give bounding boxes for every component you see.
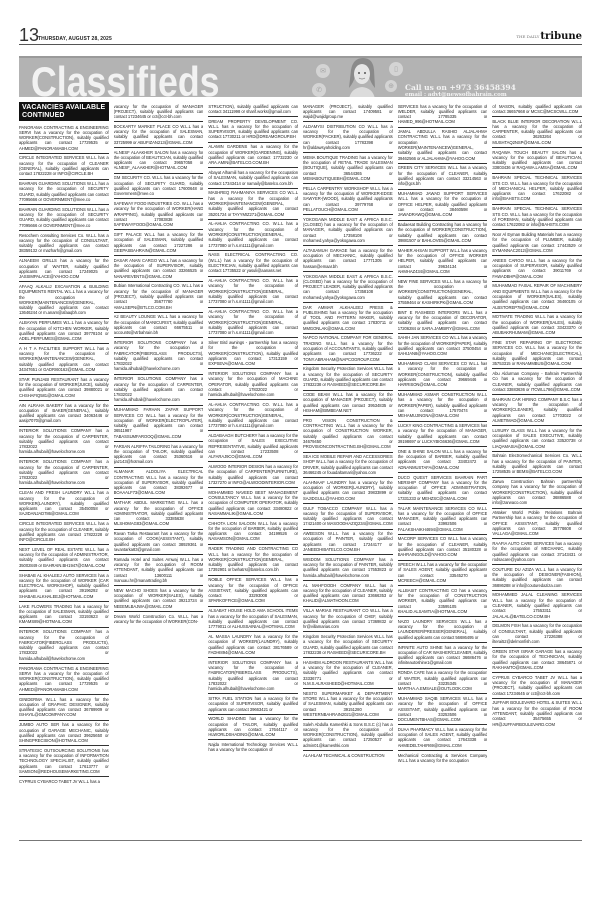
column-4: MANAGER (PROJECT), suitably qualified ap… [303,102,393,837]
classified-ad: Saleh Abdulla Kameshki & Sons B.S.C (c) … [303,720,393,751]
classified-ad: MUHAMMAD CLAIM SERVICES CO W.L.L has a v… [398,360,488,391]
classified-ad: NAPCO NATIONAL COMPANY FOR GENERAL TRADI… [303,334,393,365]
classifieds-banner: Classifieds ✉ ✆ ▯ ⊕ Call us on +973 3645… [19,56,582,97]
classified-ad: Kingdom Security Protection Services W.L… [303,365,393,391]
classified-ad: VILLA MARIAS RESTAURANT CO W.L.L has a v… [303,607,393,633]
classified-ad: MOTIVATE TRADING W.L.L has a vacancy for… [492,313,582,339]
column-3: STRUCTION), suitably qualified applicant… [208,102,298,837]
classified-ad: PANORAMA CONTRACTING & ENGINEERING SERVI… [19,664,109,695]
classified-ad: ALDAMYSI DISTRIBUTION CO W.L.L has a vac… [303,122,393,153]
classified-ad: GULF TOBACCO COMPANY W.L.L has a vacancy… [303,504,393,530]
classified-ad: BOCKARTY MARKET PLACE CO W.L.L has a vac… [114,122,204,148]
banner-title: Classifieds [31,59,220,97]
classified-ad: ALAHLAM TECHNICAL & CONSTRUCTION [303,751,393,760]
classified-ad: ANEES CARGO W.L.L has a vacancy for the … [492,256,582,282]
classified-ad: JAMAL ABDULLA RASHID ALJALAHMA CONTRACTI… [398,128,488,164]
column-5: SERVICES has a vacancy for the occupatio… [398,102,488,837]
column-1: VACANCIES AVAILABLE CONTINUED PANORAMA C… [19,102,109,837]
classified-ad: ALLBASIT CONTRACTING CO has a vacancy fo… [398,586,488,617]
classified-ad: LUCKY KING CONTRACTING & SERVICES has a … [398,422,488,448]
classified-ad: AL-AHLIA CONTRACTING CO. W.L.L has a vac… [208,220,298,251]
classified-ad: AL MASSA LAUNDRY has a vacancy for the o… [208,632,298,658]
classified-ad: MACORP SERVICES CO W.L.L has a vacancy f… [398,535,488,561]
classified-ad: BLACK BLUE INTERIOR DECORATION W.L.L has… [492,117,582,148]
classified-ad: Ravan Tarka Restaurant has a vacancy for… [114,530,204,556]
classified-ad: DUCO QUEST SERVICES BAHRAIN PART NERSHIP… [398,473,488,504]
classified-ad: MEMA BOUTIQUE TRADING has a vacancy for … [303,153,393,184]
classified-ad: AL MAHFOODH COMPANY W.L.L has a vacancy … [303,581,393,607]
classified-ad: JUFFAIR BOULEVARD HOTEL & SUITES W.L.L h… [492,699,582,729]
classified-ad: BAHRAIN CAR HIRING COMPANY B.S.C has a v… [492,395,582,426]
classified-ad: MUHAMMAD JAWAD SUPPORT SERVICES W.L.L ha… [398,190,488,221]
classified-ad: COUTURE DU AZIZA W.L.L has a vacancy for… [492,565,582,591]
brand-logo: THE DAILYtribune [516,31,582,42]
classified-ad: RAQAWA TOUCH BEAUTY SALON has a vacancy … [492,148,582,174]
classified-ad: AL-AHLIA CONTRACTING CO. W.L.L has a vac… [208,277,298,308]
classified-ad: SAHIH JAN SERVICES CO W.L.L has a vacanc… [398,334,488,360]
classified-ad: A2 BEAUTY LOUNGE W.L.L has a vacancy for… [114,313,204,339]
classified-ad: GINIDERMA W.L.L has a vacancy for the oc… [19,695,109,721]
classified-ad: CYPRUS CYBARCO TABET JV W.L.L has a [19,777,109,786]
classified-ad: GREEN CITY SERVICES W.L.L has a vacancy … [398,164,488,190]
classified-ad: of MASON, suitably qualified applicants … [492,102,582,117]
operator-illustration-icon [345,58,379,97]
classified-ad: MAHER AHSAN SUPPORT W.L.L has a vacancy … [398,246,488,277]
classified-ad: MASHREQ RAHMANIYA SERVICES CO W.L.L has … [208,189,298,220]
classified-ad: NOBLE OFFICE SERVICES W.L.L has a vacanc… [208,576,298,607]
classified-ad: ALDABAAGH BUTCHERY has a vacancy for the… [208,431,298,462]
classified-ad: TALAR MAINTENANCE SERVICES CO W.L.L has … [398,504,488,535]
classified-ad: PANORAMA CONTRACTING & ENGINEERING SERVI… [19,123,109,154]
classified-ad: BAHRAIN GUARDING SOLUTIONS W.L.L has a v… [19,180,109,206]
classified-ad: BAHRAIN GUARDING SOLUTIONS W.L.L has a v… [19,205,109,231]
classified-ad: CIRCLE INTEGRATED SERVICES W.L.L has a v… [19,520,109,546]
classified-ad: GIFT PALACE W.L.L has a vacancy for the … [114,230,204,256]
classified-ad: Bahrain Electromechanical Services Co. W… [492,452,582,478]
classified-ad: INTERIOR SOLUTIONS COMPANY has a vacancy… [114,338,204,374]
classified-ad: PELLA CARPENTRY WORKSHOP W.L.L has a vac… [303,184,393,215]
classified-ad: JUMBO AUTO SER has a vacancy for the occ… [19,721,109,747]
classified-ad: Resochem consulting Services Co. W.L.L h… [19,231,109,257]
classified-ad: MUHAMMAD ASMAR CONSTRUCTION W.L.L has a … [398,391,488,422]
classified-ad: ALMANAR ALDOLIYA ELECTRICAL CONTRACTING … [114,468,204,499]
classified-ad: NESTO SUPERMARKET & DEPARTMENT STORE W.L… [303,689,393,720]
classified-ad: SAFEWAY FOOD INDUSTRIES CO. W.L.L has a … [114,199,204,230]
classified-ad: DUAA PHARMACY W.L.L has a vacancy for th… [398,725,488,751]
brand-name: tribune [540,31,582,42]
banner-email: email : advt@newsofbahrain.com [405,92,507,97]
column-6: of MASON, suitably qualified applicants … [492,102,582,837]
classified-ad: MUHAMMAD FARHAN ZAFAR SUPPORT SERVICES C… [114,406,204,442]
classified-ad: HASHEM ALDROON RESTAURANTS W.L.L has a v… [303,658,393,689]
classified-ad: MUHAMMAD FAISAL REPAIR OF MACHINERY AND … [492,282,582,313]
classified-ad: INTERIOR SOLUTIONS COMPANY has a vacancy… [19,628,109,664]
classified-ad: LUXURY GLASS W.L.L has a vacancy for the… [492,426,582,452]
classified-ad: SERVICES has a vacancy for the occupatio… [398,102,488,128]
classified-ad: AWEESON W.L.L has a vacancy for the occu… [303,530,393,556]
classified-ad: FINE STAR REPAIRING OF ELECTRONIC SERVIC… [492,338,582,369]
classified-ad: Najda International Technology Services … [208,740,298,754]
classified-ad: WORLD SHADING has a vacancy for the occu… [208,715,298,741]
classified-ad: AMaker World Pobile Relations Bahrain Pa… [492,509,582,540]
classified-ad: CYPRUS CYBARCO TABET JV W.L.L has a vaca… [492,673,582,699]
classified-ad: Kingdom Security Protection Services W.L… [303,632,393,658]
classified-ad: SHABAB AL KHALEEJ AUTO SERVICES has a va… [19,571,109,602]
classified-ad: Badaesat Building Contracting has a vaca… [398,221,488,247]
classified-ad: MUHAMMAD SAQIB SERVICES W.L.L has a vaca… [398,694,488,725]
classified-ad: SITRA FUEL STATION has a vacancy for the… [208,694,298,714]
envelope-icon: ✉ [316,64,330,78]
classified-ad: RONDA CAFE has a vacancy for the occupat… [398,669,488,695]
classified-ad: Dream World Construction Co. W.L.L has a… [114,612,204,626]
classified-ad: CLEAN AND FRESH LAUNDRY W.L.L has a vaca… [19,489,109,520]
classified-ad: AL-AHLIA CONTRACTING CO. W.L.L has a vac… [208,400,298,431]
column-2: vacancy for the occupation of MANAGER (P… [114,102,204,837]
classified-ad: STRATEGIC OUTSOURCING SOLUTIONS has a va… [19,746,109,777]
classified-ad: GM SECURITY CO. W.L.L has a vacancy for … [114,174,204,200]
page-date: THURSDAY, AUGUST 28, 2025 [38,36,112,42]
classified-ad: Abu Aldurman Company - Bahrain Partnersh… [492,369,582,395]
classified-ad: BAHRAIN SPECIAL TECHNICAL SERVICES STS C… [492,205,582,231]
classified-ad: BAHRAIN SPECIAL TECHNICAL SERVICES STS C… [492,174,582,205]
page-number: 13 [19,26,39,44]
classified-ad: LAKE FLOWERS TRADING has a vacancy for t… [19,602,109,628]
classified-ad: NAZO LAUNDRY SERVICES W.L.L has a vacanc… [398,617,488,643]
classified-ad: YOKOGAWA MIDDLE EAST & AFRICA B.S.C. (CL… [303,215,393,246]
classified-ad: SPEECH W.L.L has a vacancy for the occup… [398,561,488,587]
classified-ad: ALWOOD INTERIOR DESIGN has a vacancy for… [208,462,298,488]
classified-ad: MATHAR ABDUL MARKETING W.L.L has a vacan… [114,499,204,530]
classified-ad: MANAGER (PROJECT), suitably qualified ap… [303,102,393,122]
classified-ad: DREAM PROPERTY DEVELOPMENT CO. W.L.L has… [208,117,298,143]
classified-ad: STRUCTION), suitably qualified applicant… [208,102,298,117]
classified-ad: ALTASAMUH GARAGE has a vacancy for the o… [303,246,393,272]
classified-ad: INTERIOR SOLUTIONS COMPANY has a vacancy… [114,375,204,406]
classified-ad: NASS ELECTRICAL CONTRACTING CO. (W.L.L) … [208,251,298,277]
classified-ad: vacancy for the occupation of MANAGER (P… [114,102,204,122]
classified-ad: ALSABAT HOUSE HOLD AMA SCHOOL ITEMS has … [208,607,298,633]
classified-ad: Abayat Alhamili has a vacancy for the oc… [208,168,298,188]
classified-ad: CIRCLE INTEGRATED SERVICES W.L.L has a v… [19,154,109,180]
classified-ad: INTERIOR SOLUTIONS COMPANY has a vacancy… [208,658,298,694]
classified-ad: PRO VISION CONSTRUCTION & CONTRACTING W.… [303,416,393,452]
classified-ad: NEXT LEVEL OF REAL ESTATE W.L.L has a va… [19,545,109,571]
classified-ad: MOHAMMED JALAL CLEANING SERVICES W.L.L h… [492,591,582,622]
classified-ad: AL-AHLIA CONTRACTING CO. W.L.L has a vac… [208,308,298,339]
classified-ad: YOKOGAWA MIDDLE EAST & AFRICA B.S.C. (CL… [303,272,393,303]
classified-ad: A H T A FACILITIES SUPPORT W.L.L has a v… [19,344,109,375]
classified-ad: NEW MACHO SHOES has a vacancy for the oc… [114,586,204,612]
classified-ad: DASAR ANAN CARGO W.L.L has a vacancy for… [114,256,204,282]
classified-ad: Zarwa Construction Bahrain partnership c… [492,478,582,509]
globe-icon: ⊕ [385,80,397,92]
classified-ad: INTERIOR SOLUTIONS COMPANY has a vacancy… [19,458,109,489]
classified-ad: INFINITE AUTO SHINE has a vacancy for th… [398,643,488,669]
classified-ad: INTERIOR SOLUTIONS COMPANY has a vacancy… [208,369,298,400]
classified-ad: STAR PUNJABI RESTAURANT has a vacancy fo… [19,375,109,401]
classified-ad: ALBAYAN PERFUMES W.L.L has a vacancy for… [19,319,109,345]
bottom-divider [19,840,582,841]
mobile-icon: ▯ [389,62,403,76]
brand-prefix: THE DAILY [516,34,539,39]
classified-ad: NEW FINE SERVICES W.L.L has a vacancy fo… [398,277,488,308]
classified-ad: Noor Al Eyman Building Materials has a v… [492,230,582,256]
banner-phone: Call us on +973 36458394 [405,83,516,92]
classified-ad: WISDOM SOLUTIONS COMPANY has a vacancy f… [303,555,393,581]
classified-ad: DELMON FISH has a vacancy for the occupa… [492,622,582,648]
classified-ad: Ramada Hotel and Suites Amwaj W.L.L has … [114,555,204,586]
classified-ad: CODE BEAM W.L.L has a vacancy for the oc… [303,391,393,417]
phone-icon: ✆ [312,83,326,97]
classified-ad: RAAFIA AUTO CARE SERVICES has a vacancy … [492,539,582,565]
classified-ad: Mechanical Contracting & Services Compan… [398,751,488,765]
classified-ad: Bubian International Contracting CO. W.L… [114,282,204,313]
section-heading: VACANCIES AVAILABLE CONTINUED [19,102,109,121]
classified-ad: Silver Bird awnings - partnership has a … [208,338,298,369]
classified-ad: DAR AMMAR ALKHALEEJ PRESS & PUBLISHING h… [303,303,393,334]
classified-ad: BINT E RASHEED INTERIORS W.L.L has a vac… [398,308,488,334]
classified-ad: ALAMIN GARDENS has a vacancy for the occ… [208,143,298,169]
classified-ad: RADER TRADING AND CONTRACTING CO W.L.L h… [208,545,298,576]
classified-ad: ALNAEEM GRILLS has a vacancy for the occ… [19,257,109,283]
classified-ad: ALNESF ALAAKHER SALON has a vacancy for … [114,148,204,174]
classified-ad: AIN ALRAHA BAKERY has a vacancy for the … [19,401,109,427]
classified-ad: ALAHNAAF LAUNDRY has a vacancy for the o… [303,478,393,504]
classified-ad: MOHAMMED NAVEED BEST MANAGEMENT CONSULTA… [208,488,298,519]
classified-ad: INTERIOR SOLUTIONS COMPANY has a vacancy… [19,427,109,458]
masthead: 13 THURSDAY, AUGUST 28, 2025 THE DAILYtr… [19,28,582,45]
classified-ad: CHHOTA LION SALOON W.L.L has a vacancy f… [208,519,298,545]
classifieds-columns: VACANCIES AVAILABLE CONTINUED PANORAMA C… [19,102,582,837]
classified-ad: FARSAN ALRIFFA TAILORING has a vacancy f… [114,442,204,468]
classified-ad: SEA ICE MOBILE REPAIR AND ACCESSORIES SH… [303,453,393,479]
classified-ad: ONE & SHINE SALON W.L.L has a vacancy fo… [398,447,488,473]
classified-ad: AFAAQ ALKALIJ EXCAVATION & BUILDING EQUI… [19,282,109,318]
classified-ad: GREEN STAR ISRAR GARAGE has a vacancy fo… [492,648,582,674]
